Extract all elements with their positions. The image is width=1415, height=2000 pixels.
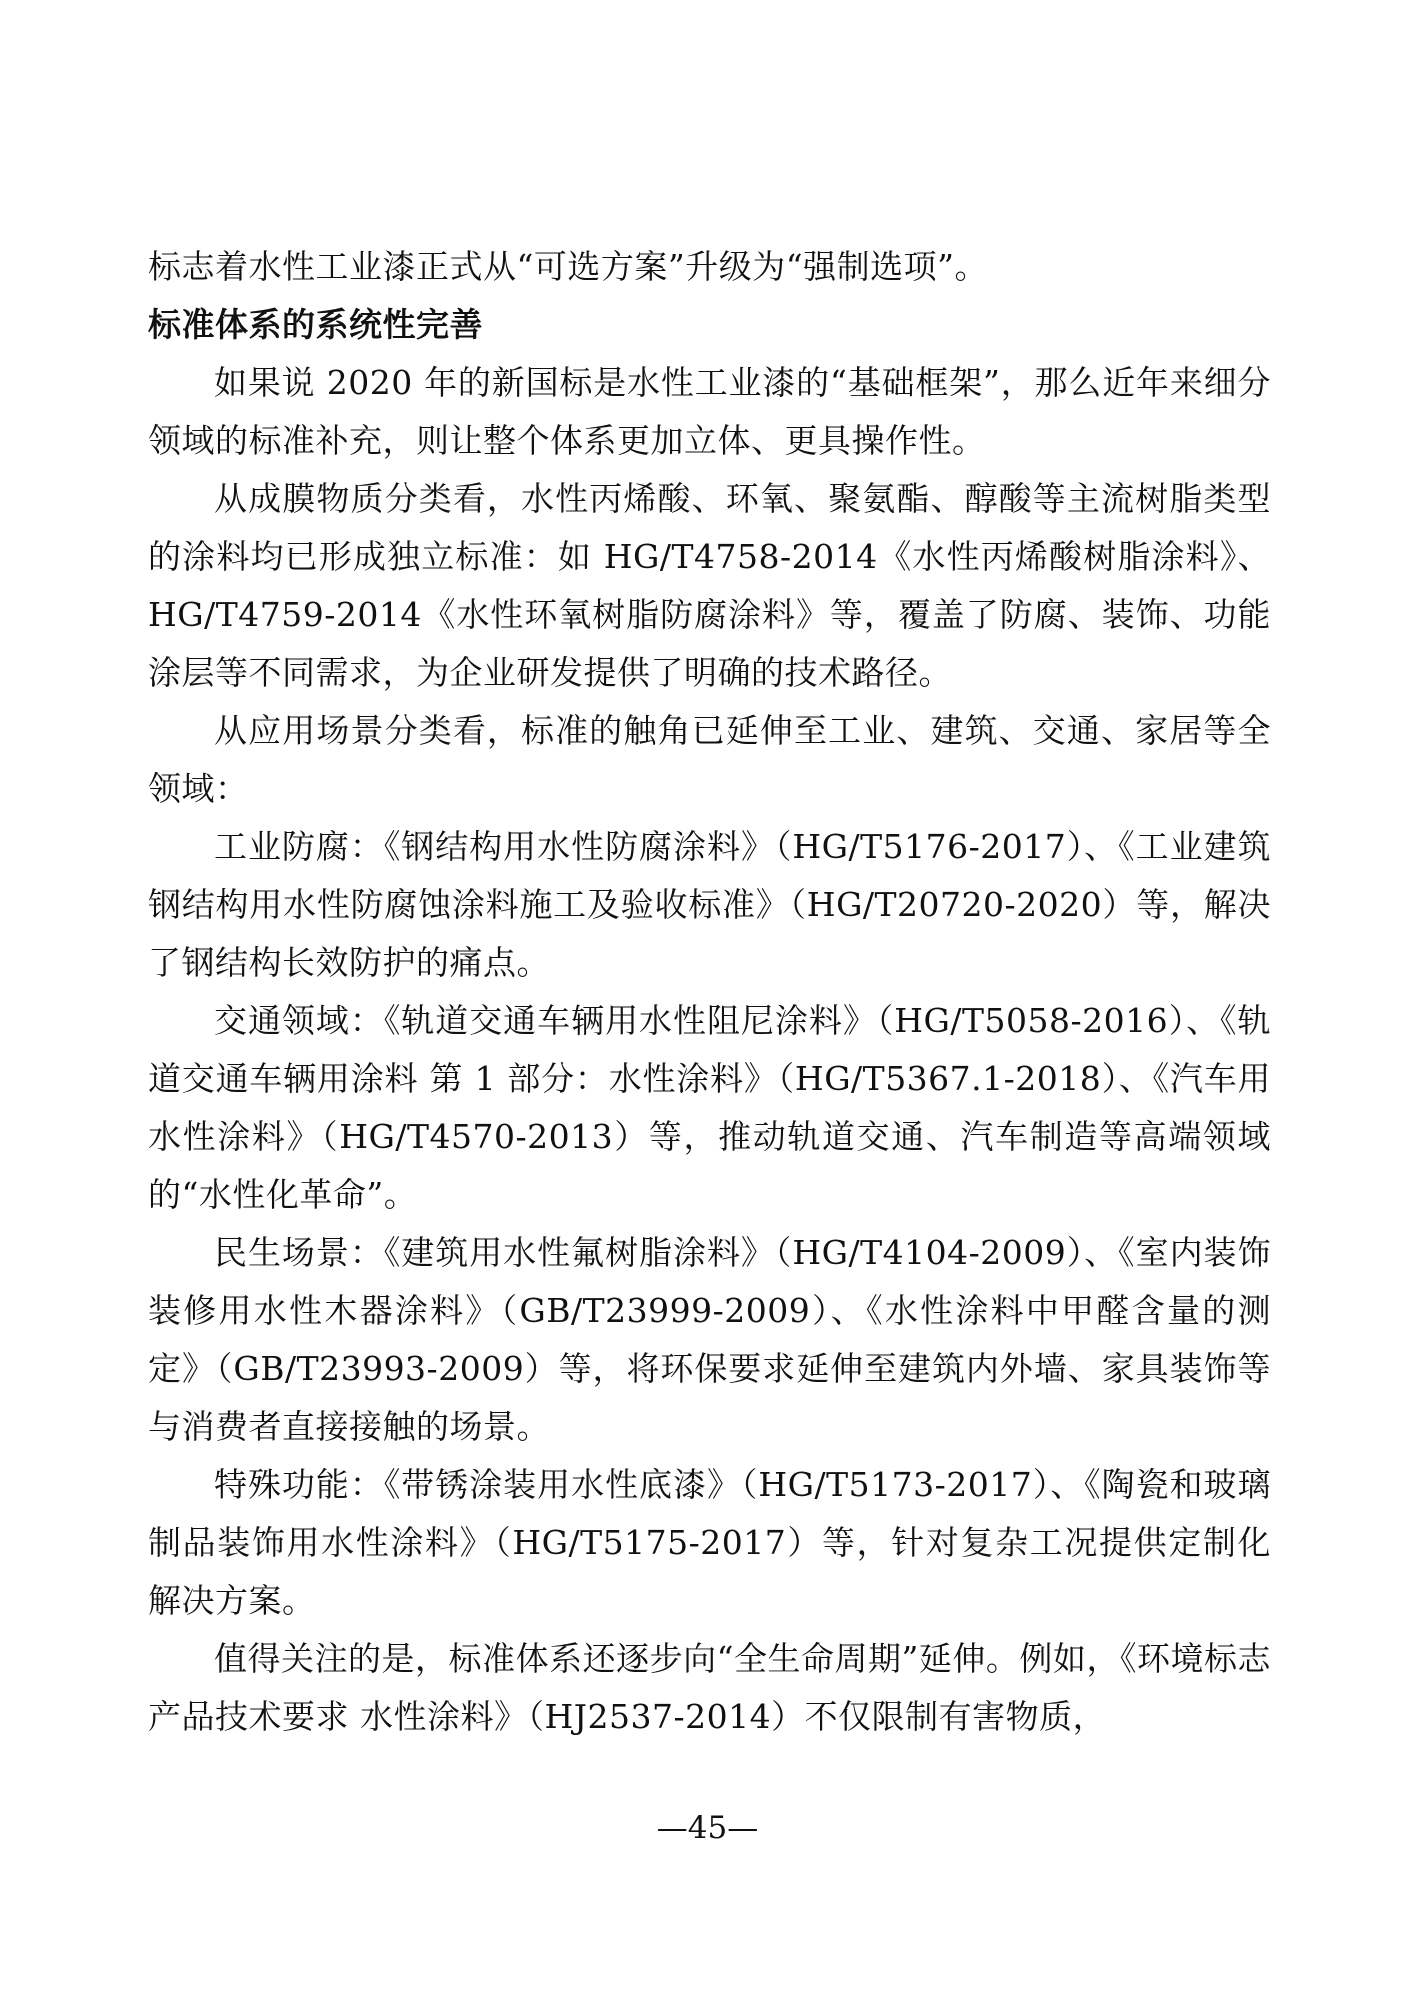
paragraph: 交通领域：《轨道交通车辆用水性阻尼涂料》（HG/T5058-2016）、《轨道交… <box>148 992 1271 1224</box>
paragraph: 从应用场景分类看，标准的触角已延伸至工业、建筑、交通、家居等全领域： <box>148 702 1271 818</box>
paragraph: 如果说 2020 年的新国标是水性工业漆的“基础框架”，那么近年来细分领域的标准… <box>148 354 1271 470</box>
paragraph: 工业防腐：《钢结构用水性防腐涂料》（HG/T5176-2017）、《工业建筑钢结… <box>148 818 1271 992</box>
paragraph: 值得关注的是，标准体系还逐步向“全生命周期”延伸。例如，《环境标志产品技术要求 … <box>148 1630 1271 1746</box>
page-number: —45— <box>0 1808 1415 1848</box>
page-body-text: 标志着水性工业漆正式从“可选方案”升级为“强制选项”。 标准体系的系统性完善 如… <box>148 238 1271 1746</box>
paragraph: 特殊功能：《带锈涂装用水性底漆》（HG/T5173-2017）、《陶瓷和玻璃制品… <box>148 1456 1271 1630</box>
section-heading: 标准体系的系统性完善 <box>148 296 1271 354</box>
paragraph: 从成膜物质分类看，水性丙烯酸、环氧、聚氨酯、醇酸等主流树脂类型的涂料均已形成独立… <box>148 470 1271 702</box>
document-page: 标志着水性工业漆正式从“可选方案”升级为“强制选项”。 标准体系的系统性完善 如… <box>0 0 1415 2000</box>
paragraph: 民生场景：《建筑用水性氟树脂涂料》（HG/T4104-2009）、《室内装饰装修… <box>148 1224 1271 1456</box>
paragraph-continuation: 标志着水性工业漆正式从“可选方案”升级为“强制选项”。 <box>148 238 1271 296</box>
